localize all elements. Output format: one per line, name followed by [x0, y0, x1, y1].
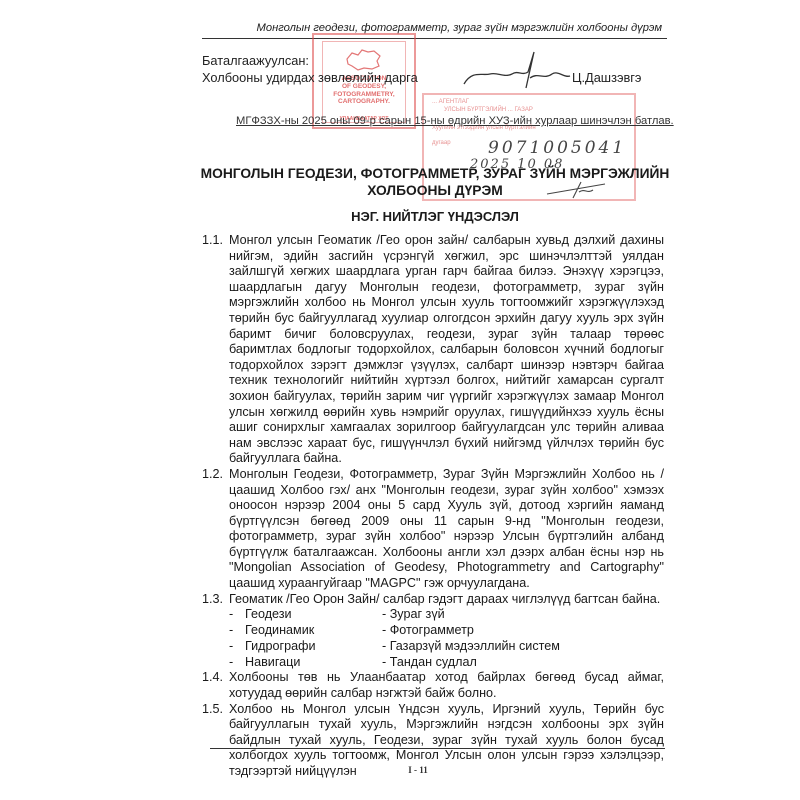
- approval-note: МГФЗЗХ-ны 2025 оны 09-р сарын 15-ны өдри…: [236, 115, 674, 127]
- clause-1-1: 1.1. Монгол улсын Геоматик /Гео орон зай…: [202, 233, 664, 467]
- field-row: - Гидрографи - Газарзүй мэдээллийн систе…: [229, 639, 664, 655]
- clause-text: Монголын Геодези, Фотограмметр, Зураг Зү…: [229, 467, 664, 592]
- field-right: - Газарзүй мэдээллийн систем: [382, 639, 664, 655]
- field-right: - Тандан судлал: [382, 655, 664, 671]
- clauses-list: 1.1. Монгол улсын Геоматик /Гео орон зай…: [202, 233, 664, 780]
- clause-number: 1.2.: [202, 467, 229, 592]
- field-row: - Геодинамик - Фотограмметр: [229, 623, 664, 639]
- list-dash: -: [229, 607, 245, 623]
- header-rule: [202, 38, 667, 39]
- clause-number: 1.4.: [202, 670, 229, 701]
- list-dash: -: [229, 623, 245, 639]
- field-left: Навигаци: [245, 655, 382, 671]
- reg-stamp-line: ... АГЕНТЛАГ: [432, 99, 469, 105]
- clause-1-3: 1.3. Геоматик /Гео Орон Зайн/ салбар гэд…: [202, 592, 664, 608]
- clause-1-2: 1.2. Монголын Геодези, Фотограмметр, Зур…: [202, 467, 664, 592]
- field-row: - Геодези - Зураг зүй: [229, 607, 664, 623]
- section-title: НЭГ. НИЙТЛЭГ ҮНДЭСЛЭЛ: [200, 209, 670, 224]
- field-list: - Геодези - Зураг зүй - Геодинамик - Фот…: [229, 607, 664, 670]
- clause-text: Монгол улсын Геоматик /Гео орон зайн/ са…: [229, 233, 664, 467]
- page-number: I - 11: [0, 765, 800, 775]
- list-dash: -: [229, 639, 245, 655]
- field-row: - Навигаци - Тандан судлал: [229, 655, 664, 671]
- footer-rule: [210, 748, 665, 749]
- field-right: - Фотограмметр: [382, 623, 664, 639]
- approval-block: Баталгаажуулсан: Холбооны удирдах зөвлөл…: [202, 52, 418, 86]
- reg-stamp-line: УЛСЫН БҮРТГЭЛИЙН ... ГАЗАР: [444, 107, 533, 113]
- clause-1-4: 1.4. Холбооны төв нь Улаанбаатар хотод б…: [202, 670, 664, 701]
- signature-icon: [460, 48, 575, 93]
- field-left: Геодези: [245, 607, 382, 623]
- approver-name: Ц.Дашзэвгэ: [572, 70, 641, 85]
- clause-text: Геоматик /Гео Орон Зайн/ салбар гэдэгт д…: [229, 592, 664, 608]
- clause-text: Холбооны төв нь Улаанбаатар хотод байрла…: [229, 670, 664, 701]
- field-left: Гидрографи: [245, 639, 382, 655]
- field-left: Геодинамик: [245, 623, 382, 639]
- approval-label: Баталгаажуулсан:: [202, 52, 418, 69]
- approver-title: Холбооны удирдах зөвлөлийн дарга: [202, 69, 418, 86]
- stamp-line: FOTOGRAMMETRY,: [314, 91, 414, 99]
- list-dash: -: [229, 655, 245, 671]
- initials-signature-icon: [545, 178, 615, 200]
- document-page: Монголын геодези, фотограмметр, зураг зү…: [0, 0, 800, 800]
- stamp-line: CARTOGRAPHY.: [314, 98, 414, 106]
- clause-number: 1.3.: [202, 592, 229, 608]
- registration-number: 9071005041: [488, 138, 626, 158]
- field-right: - Зураг зүй: [382, 607, 664, 623]
- reg-stamp-line: дугаар: [432, 140, 451, 146]
- clause-number: 1.1.: [202, 233, 229, 467]
- running-header: Монголын геодези, фотограмметр, зураг зү…: [202, 22, 662, 34]
